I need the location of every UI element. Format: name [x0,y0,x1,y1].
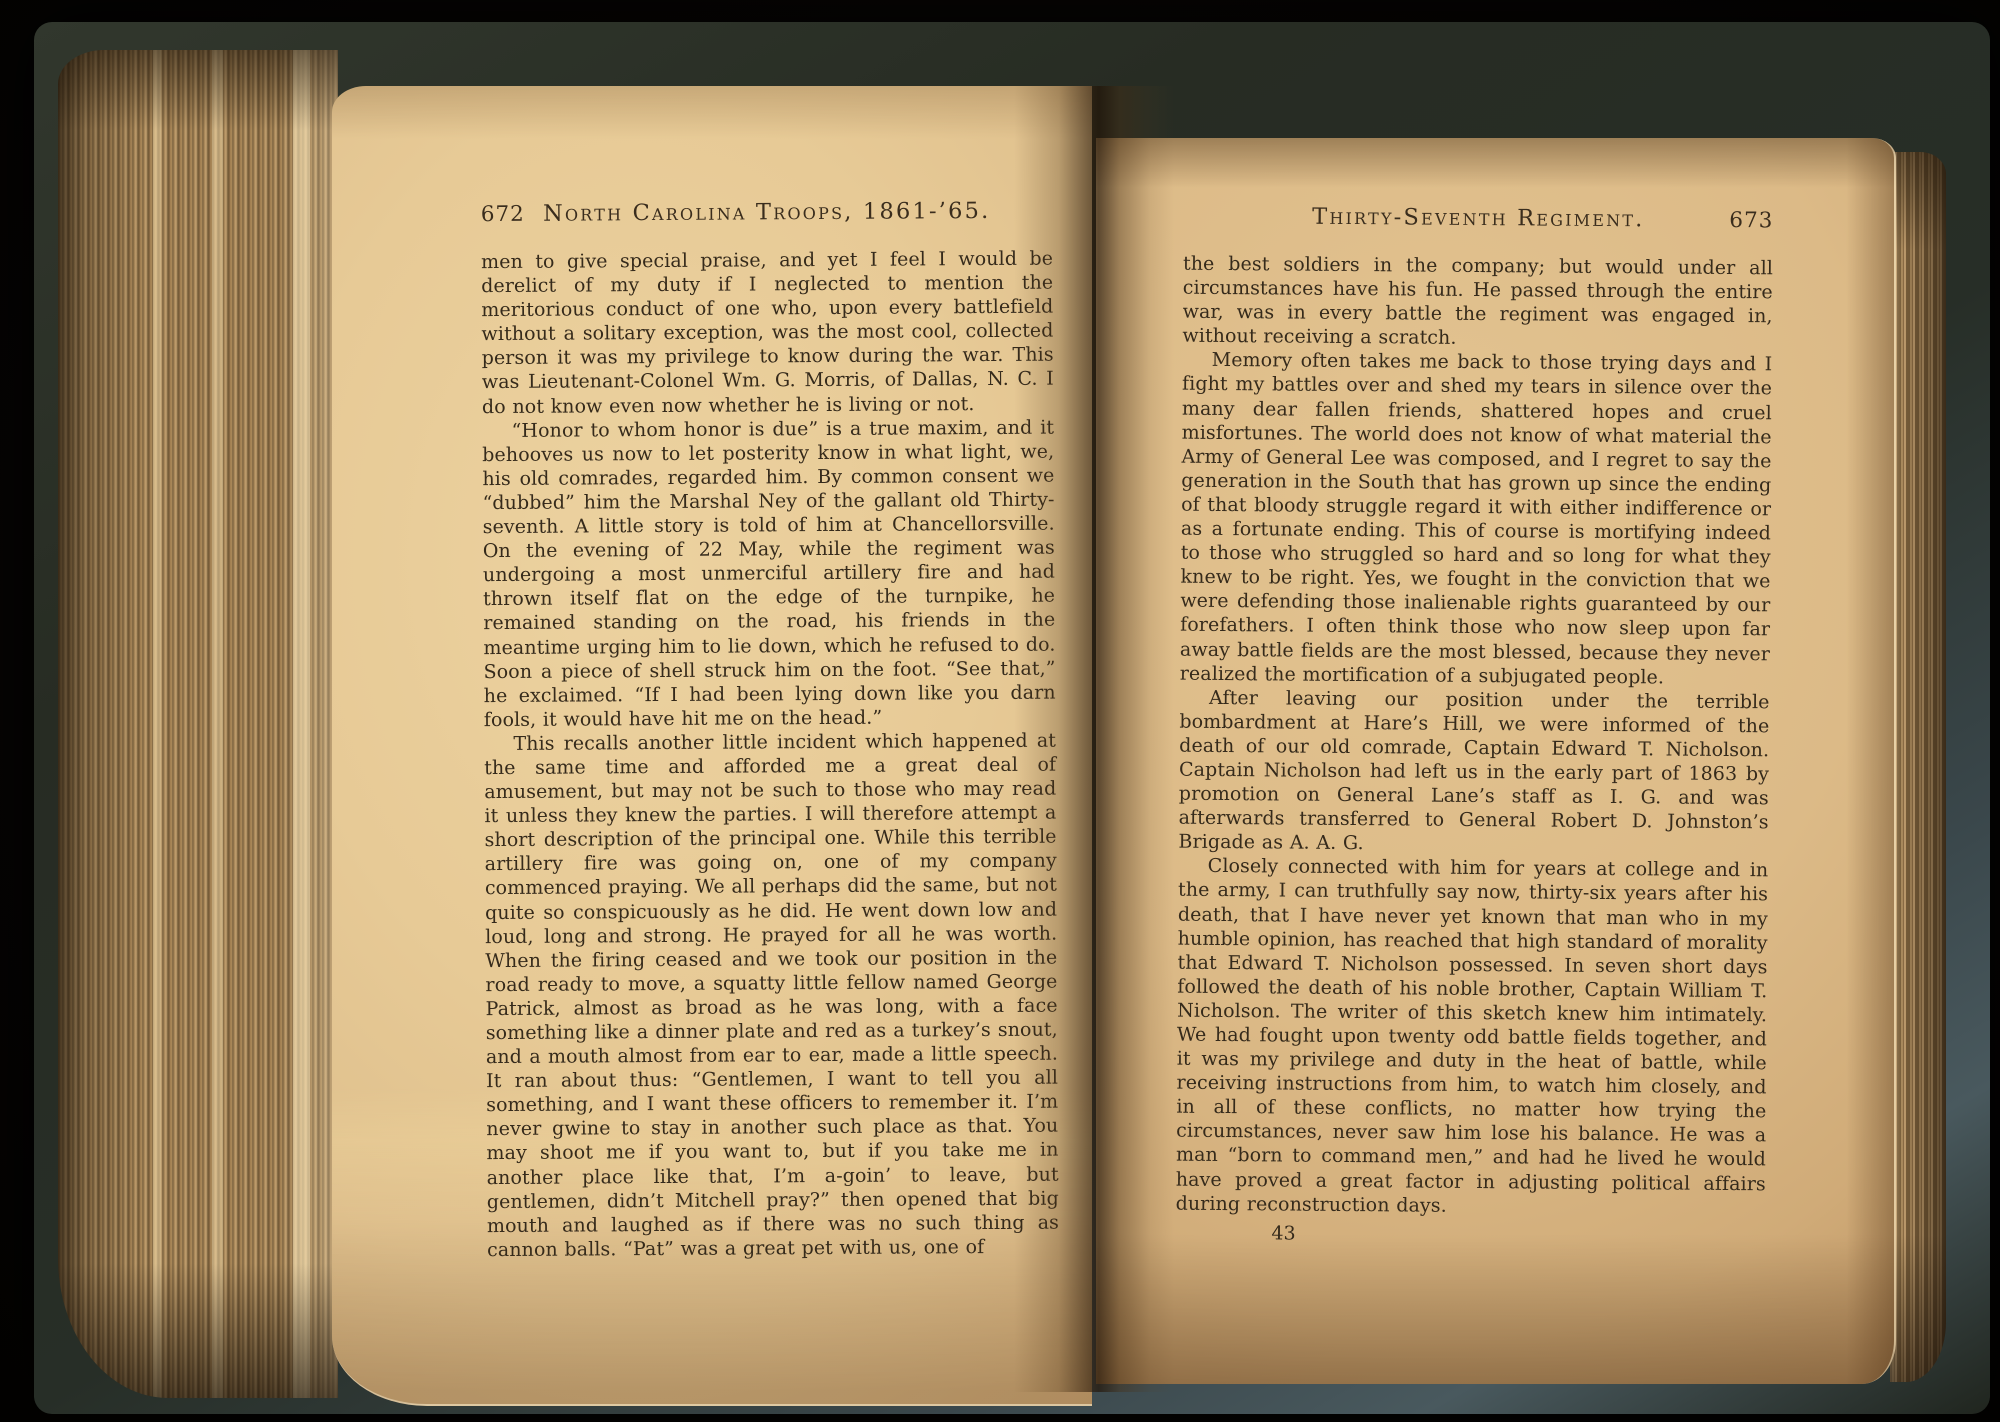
right-page: Thirty-Seventh Regiment. 673 the best so… [1096,138,1896,1384]
page-edges-left [58,50,338,1398]
paragraph: the best soldiers in the company; but wo… [1182,252,1773,353]
right-page-body: the best soldiers in the company; but wo… [1175,252,1773,1249]
right-page-header: Thirty-Seventh Regiment. 673 [1183,203,1773,240]
paragraph: After leaving our position under the ter… [1178,685,1769,858]
photo-scene: 672 North Carolina Troops, 1861-’65. men… [0,0,2000,1422]
left-running-title: North Carolina Troops, 1861-’65. [481,198,1053,227]
left-page-content: 672 North Carolina Troops, 1861-’65. men… [332,82,1059,1263]
paragraph: Memory often takes me back to those tryi… [1180,348,1773,690]
left-page-header: 672 North Carolina Troops, 1861-’65. [481,198,1053,233]
page-edges-right [1890,152,1946,1382]
paragraph: This recalls another little incident whi… [484,728,1059,1262]
signature-mark: 43 [1271,1221,1765,1249]
right-running-title: Thirty-Seventh Regiment. [1183,203,1773,234]
right-page-number: 673 [1729,208,1773,233]
right-page-content: Thirty-Seventh Regiment. 673 the best so… [1087,138,1774,1249]
left-page: 672 North Carolina Troops, 1861-’65. men… [332,86,1092,1406]
left-page-body: men to give special praise, and yet I fe… [481,247,1059,1262]
paragraph: men to give special praise, and yet I fe… [481,247,1054,419]
open-book: 672 North Carolina Troops, 1861-’65. men… [0,0,2000,1422]
paragraph: Closely connected with him for years at … [1176,854,1769,1220]
paragraph: “Honor to whom honor is due” is a true m… [482,415,1056,732]
left-page-number: 672 [481,202,525,227]
